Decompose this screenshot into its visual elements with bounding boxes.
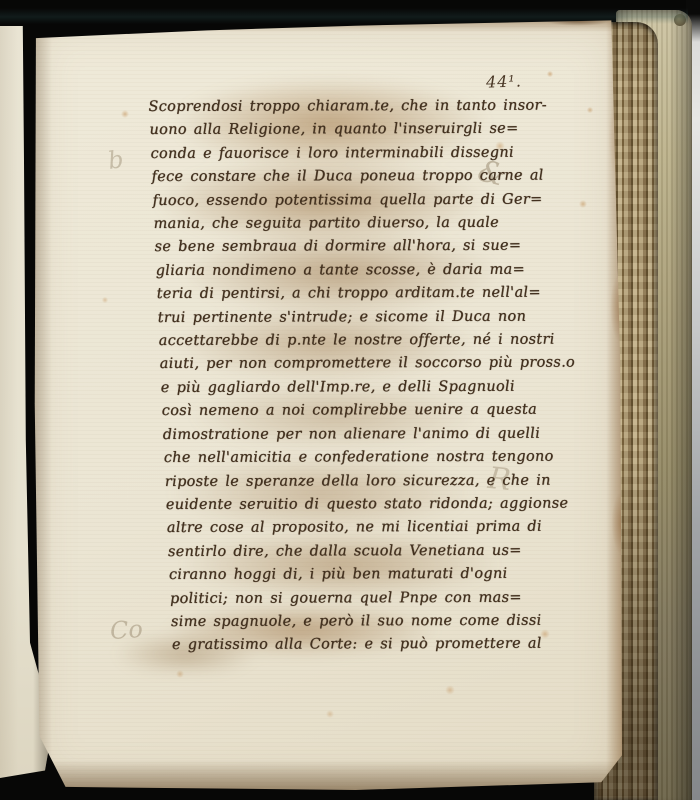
manuscript-line: fuoco, essendo potentissima quella parte…	[152, 188, 583, 213]
manuscript-line: trui pertinente s'intrude; e sicome il D…	[157, 305, 588, 330]
manuscript-line: così nemeno a noi complirebbe uenire a q…	[161, 399, 592, 424]
manuscript-line: gliaria nondimeno a tante scosse, è dari…	[155, 258, 586, 283]
manuscript-line: altre cose al proposito, ne mi licentiai…	[166, 516, 597, 541]
bleedthrough-mark: b	[106, 145, 125, 175]
manuscript-text: Scoprendosi troppo chiaram.te, che in ta…	[148, 94, 602, 657]
manuscript-line: politici; non si gouerna quel Pnpe con m…	[169, 586, 600, 611]
manuscript-line: mania, che seguita partito diuerso, la q…	[153, 212, 584, 237]
manuscript-line: uono alla Religione, in quanto l'inserui…	[149, 118, 580, 143]
bleedthrough-mark: Co	[109, 615, 144, 645]
manuscript-line: Scoprendosi troppo chiaram.te, che in ta…	[148, 94, 579, 119]
manuscript-line: dimostratione per non alienare l'animo d…	[162, 422, 593, 447]
manuscript-line: sentirlo dire, che dalla scuola Venetian…	[167, 539, 598, 564]
manuscript-line: sime spagnuole, e però il suo nome come …	[170, 609, 601, 634]
manuscript-line: e più gagliardo dell'Imp.re, e delli Spa…	[160, 375, 591, 400]
manuscript-line: riposte le speranze della loro sicurezza…	[164, 469, 595, 494]
manuscript-line: se bene sembraua di dormire all'hora, si…	[154, 235, 585, 260]
book-scan: & R b Co 44¹. Scoprendosi troppo chiaram…	[0, 0, 700, 800]
manuscript-line: fece constare che il Duca poneua troppo …	[151, 165, 582, 190]
manuscript-line: ciranno hoggi di, i più ben maturati d'o…	[168, 563, 599, 588]
manuscript-line: e gratissimo alla Corte: e si può promet…	[172, 633, 603, 658]
manuscript-line: conda e fauorisce i loro interminabili d…	[150, 141, 581, 166]
manuscript-line: che nell'amicitia e confederatione nostr…	[163, 446, 594, 471]
manuscript-line: euidente seruitio di questo stato ridond…	[165, 492, 596, 517]
manuscript-line: teria di pentirsi, a chi troppo arditam.…	[156, 282, 587, 307]
manuscript-page: & R b Co 44¹. Scoprendosi troppo chiaram…	[30, 18, 622, 790]
page-number: 44¹.	[486, 71, 523, 91]
manuscript-line: accettarebbe di p.nte le nostre offerte,…	[158, 329, 589, 354]
manuscript-line: aiuti, per non compromettere il soccorso…	[159, 352, 590, 377]
